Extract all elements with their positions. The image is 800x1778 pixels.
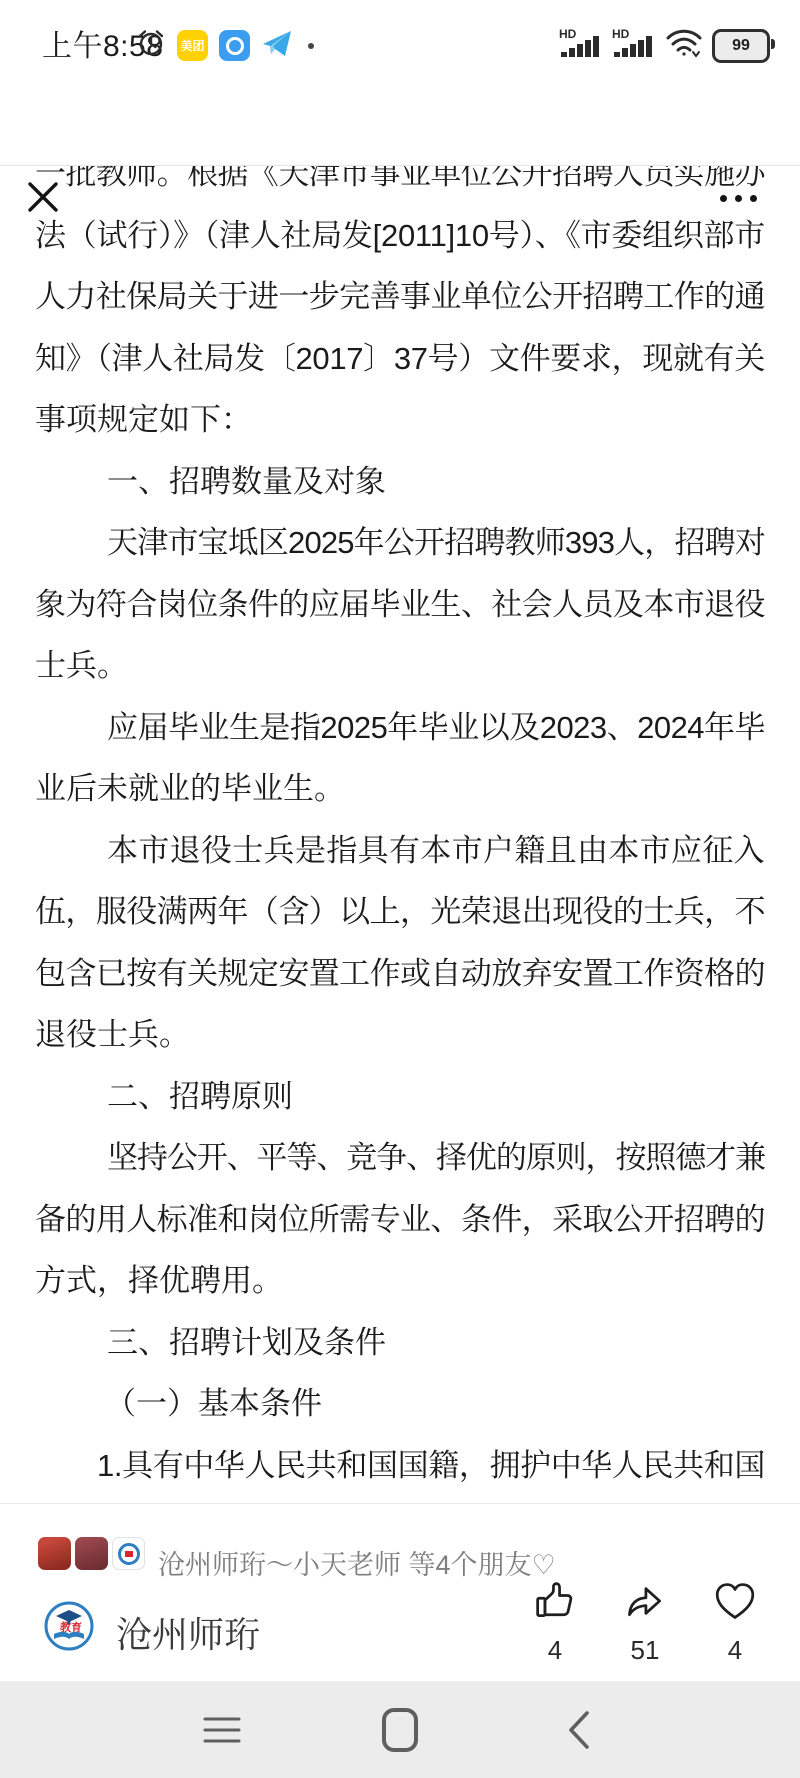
article-line: 三、招聘计划及条件	[35, 1312, 765, 1374]
meituan-app-icon: 美团	[177, 30, 208, 61]
article-line: 法（试行）》（津人社局发[2011]10号）、《市委组织部市	[35, 205, 765, 267]
account-row: 教育 沧州师珩 4	[0, 1592, 800, 1682]
article-line: 知》（津人社局发〔2017〕37号）文件要求，现就有关	[35, 328, 765, 390]
article-line: 事项规定如下：	[35, 389, 765, 451]
article-line: 坚持公开、平等、竞争、择优的原则，按照德才兼	[35, 1127, 765, 1189]
nav-menu-button[interactable]	[162, 1681, 282, 1778]
battery-icon: 99	[712, 29, 770, 63]
article-line: 方式，择优聘用。	[35, 1250, 765, 1312]
svg-text:HD: HD	[612, 27, 630, 41]
friend-avatars[interactable]	[38, 1537, 145, 1570]
more-options-button[interactable]	[720, 187, 764, 209]
article-line: 1.具有中华人民共和国国籍，拥护中华人民共和国	[35, 1435, 765, 1497]
article-line: 退役士兵。	[35, 1004, 765, 1066]
alarm-clock-icon	[136, 28, 166, 63]
friends-read-label: 沧州师珩～小天老师 等4个朋友♡	[158, 1543, 556, 1582]
status-bar: 上午8:58 美团	[0, 0, 800, 75]
favorite-count: 4	[728, 1635, 742, 1666]
top-chrome: 上午8:58 美团	[0, 0, 800, 166]
favorite-button[interactable]: 4	[707, 1580, 763, 1666]
article-line: 应届毕业生是指2025年毕业以及2023、2024年毕	[35, 697, 765, 759]
heart-icon	[713, 1580, 757, 1627]
messenger-app-icon	[219, 30, 250, 61]
like-count: 4	[548, 1635, 562, 1666]
system-status-icons: HD HD	[559, 26, 770, 63]
article-line: 二、招聘原则	[35, 1066, 765, 1128]
article-line: 一、招聘数量及对象	[35, 451, 765, 513]
android-nav-bar	[0, 1681, 800, 1778]
share-button[interactable]: 51	[617, 1580, 673, 1666]
account-name[interactable]: 沧州师珩	[116, 1607, 260, 1658]
status-dot-icon	[308, 43, 314, 49]
nav-back-button[interactable]	[518, 1681, 638, 1778]
friend-avatar-3[interactable]	[112, 1537, 145, 1570]
signal-hd-icon-1: HD	[559, 26, 603, 63]
article-line: 象为符合岗位条件的应届毕业生、社会人员及本市退役	[35, 574, 765, 636]
article-line: 业后未就业的毕业生。	[35, 758, 765, 820]
friend-avatar-1[interactable]	[38, 1537, 71, 1570]
article-line: 包含已按有关规定安置工作或自动放弃安置工作资格的	[35, 943, 765, 1005]
nav-home-button[interactable]	[340, 1681, 460, 1778]
friends-read-row[interactable]: 沧州师珩～小天老师 等4个朋友♡	[0, 1504, 800, 1592]
signal-hd-icon-2: HD	[612, 26, 656, 63]
friend-avatar-2[interactable]	[75, 1537, 108, 1570]
article-line: （一）基本条件	[35, 1373, 765, 1435]
share-count: 51	[631, 1635, 660, 1666]
close-button[interactable]	[25, 179, 61, 215]
like-button[interactable]: 4	[527, 1580, 583, 1666]
hd-badge: HD	[559, 27, 577, 41]
bottom-panel: 沧州师珩～小天老师 等4个朋友♡ 教育 沧州师珩	[0, 1503, 800, 1681]
action-bar: 4 51 4	[527, 1580, 763, 1666]
article-line: 备的用人标准和岗位所需专业、条件，采取公开招聘的	[35, 1189, 765, 1251]
article-line: 本市退役士兵是指具有本市户籍且由本市应征入	[35, 820, 765, 882]
article-line: 伍，服役满两年（含）以上，光荣退出现役的士兵，不	[35, 881, 765, 943]
article-body: 一批教师。根据《天津市事业单位公开招聘人员实施办法（试行）》（津人社局发[201…	[0, 143, 800, 1503]
article-line: 天津市宝坻区2025年公开招聘教师393人，招聘对	[35, 512, 765, 574]
phone-screen: 上午8:58 美团	[0, 0, 800, 1778]
account-avatar[interactable]: 教育	[44, 1601, 94, 1651]
wifi-icon	[665, 26, 703, 63]
article-line: 士兵。	[35, 635, 765, 697]
telegram-app-icon	[261, 27, 293, 64]
share-arrow-icon	[623, 1580, 667, 1627]
app-bar	[0, 75, 800, 165]
battery-percent: 99	[732, 37, 750, 55]
thumbs-up-icon	[533, 1580, 577, 1627]
article-line: 人力社保局关于进一步完善事业单位公开招聘工作的通	[35, 266, 765, 328]
notification-icons: 美团	[136, 27, 314, 64]
